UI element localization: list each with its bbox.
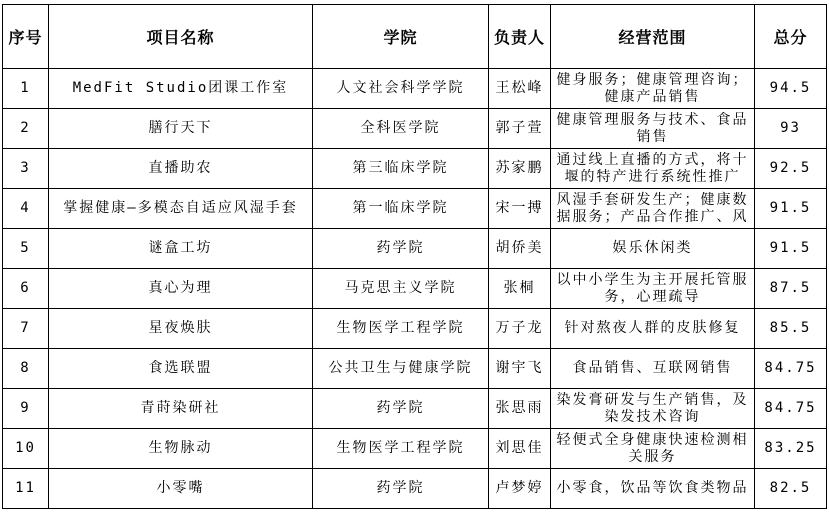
business-scope-cell: 针对熬夜人群的皮肤修复 xyxy=(551,309,755,349)
total-score-cell: 94.5 xyxy=(755,69,827,109)
business-scope-cell: 食品销售、互联网销售 xyxy=(551,349,755,389)
serial-number-cell: 9 xyxy=(3,389,49,429)
college-cell: 药学院 xyxy=(313,469,489,509)
college-cell: 生物医学工程学院 xyxy=(313,309,489,349)
college-cell: 第三临床学院 xyxy=(313,149,489,189)
leader-cell: 张思雨 xyxy=(489,389,551,429)
leader-cell: 张桐 xyxy=(489,269,551,309)
total-score-cell: 92.5 xyxy=(755,149,827,189)
college-cell: 生物医学工程学院 xyxy=(313,429,489,469)
project-name-cell: 星夜焕肤 xyxy=(49,309,313,349)
total-score-cell: 84.75 xyxy=(755,389,827,429)
table-header: 序号 项目名称 学院 负责人 经营范围 总分 xyxy=(3,5,827,69)
serial-number-cell: 6 xyxy=(3,269,49,309)
table-row: 4掌握健康—多模态自适应风湿手套第一临床学院宋一搏风湿手套研发生产；健康数 据服… xyxy=(3,189,827,229)
serial-number-cell: 4 xyxy=(3,189,49,229)
project-name-cell: 谜盒工坊 xyxy=(49,229,313,269)
table-row: 7星夜焕肤生物医学工程学院万子龙针对熬夜人群的皮肤修复85.5 xyxy=(3,309,827,349)
project-name-cell: MedFit Studio团课工作室 xyxy=(49,69,313,109)
serial-number-cell: 2 xyxy=(3,109,49,149)
business-scope-cell: 小零食，饮品等饮食类物品 xyxy=(551,469,755,509)
business-scope-cell: 染发膏研发与生产销售，及 染发技术咨询 xyxy=(551,389,755,429)
total-score-cell: 93 xyxy=(755,109,827,149)
leader-cell: 王松峰 xyxy=(489,69,551,109)
serial-number-cell: 1 xyxy=(3,69,49,109)
college-cell: 马克思主义学院 xyxy=(313,269,489,309)
serial-number-cell: 11 xyxy=(3,469,49,509)
leader-cell: 万子龙 xyxy=(489,309,551,349)
header-serial-number: 序号 xyxy=(3,5,49,69)
table-body: 1MedFit Studio团课工作室人文社会科学学院王松峰健身服务；健康管理咨… xyxy=(3,69,827,509)
business-scope-cell: 轻便式全身健康快速检测相 关服务 xyxy=(551,429,755,469)
business-scope-cell: 娱乐休闲类 xyxy=(551,229,755,269)
project-name-cell: 真心为理 xyxy=(49,269,313,309)
project-name-cell: 食选联盟 xyxy=(49,349,313,389)
table-row: 3直播助农第三临床学院苏家鹏通过线上直播的方式，将十 堰的特产进行系统性推广92… xyxy=(3,149,827,189)
project-name-cell: 膳行天下 xyxy=(49,109,313,149)
header-business-scope: 经营范围 xyxy=(551,5,755,69)
table-row: 11小零嘴药学院卢梦婷小零食，饮品等饮食类物品82.5 xyxy=(3,469,827,509)
college-cell: 药学院 xyxy=(313,229,489,269)
college-cell: 药学院 xyxy=(313,389,489,429)
business-scope-cell: 通过线上直播的方式，将十 堰的特产进行系统性推广 xyxy=(551,149,755,189)
total-score-cell: 91.5 xyxy=(755,189,827,229)
serial-number-cell: 10 xyxy=(3,429,49,469)
project-name-cell: 直播助农 xyxy=(49,149,313,189)
college-cell: 人文社会科学学院 xyxy=(313,69,489,109)
header-total-score: 总分 xyxy=(755,5,827,69)
leader-cell: 卢梦婷 xyxy=(489,469,551,509)
business-scope-cell: 以中小学生为主开展托管服 务，心理疏导 xyxy=(551,269,755,309)
table-row: 5谜盒工坊药学院胡侨美娱乐休闲类91.5 xyxy=(3,229,827,269)
leader-cell: 谢宇飞 xyxy=(489,349,551,389)
header-leader: 负责人 xyxy=(489,5,551,69)
total-score-cell: 82.5 xyxy=(755,469,827,509)
project-name-cell: 掌握健康—多模态自适应风湿手套 xyxy=(49,189,313,229)
college-cell: 第一临床学院 xyxy=(313,189,489,229)
project-name-cell: 小零嘴 xyxy=(49,469,313,509)
total-score-cell: 83.25 xyxy=(755,429,827,469)
project-score-table: 序号 项目名称 学院 负责人 经营范围 总分 1MedFit Studio团课工… xyxy=(2,4,827,509)
college-cell: 公共卫生与健康学院 xyxy=(313,349,489,389)
leader-cell: 刘思佳 xyxy=(489,429,551,469)
business-scope-cell: 风湿手套研发生产；健康数 据服务；产品合作推广、风 xyxy=(551,189,755,229)
spreadsheet-page: 序号 项目名称 学院 负责人 经营范围 总分 1MedFit Studio团课工… xyxy=(0,4,829,518)
table-row: 10生物脉动生物医学工程学院刘思佳轻便式全身健康快速检测相 关服务83.25 xyxy=(3,429,827,469)
business-scope-cell: 健康管理服务与技术、食品 销售 xyxy=(551,109,755,149)
header-project-name: 项目名称 xyxy=(49,5,313,69)
leader-cell: 苏家鹏 xyxy=(489,149,551,189)
header-row: 序号 项目名称 学院 负责人 经营范围 总分 xyxy=(3,5,827,69)
total-score-cell: 91.5 xyxy=(755,229,827,269)
table-row: 6真心为理马克思主义学院张桐以中小学生为主开展托管服 务，心理疏导87.5 xyxy=(3,269,827,309)
table-row: 8食选联盟公共卫生与健康学院谢宇飞食品销售、互联网销售84.75 xyxy=(3,349,827,389)
project-name-cell: 青莳染研社 xyxy=(49,389,313,429)
leader-cell: 胡侨美 xyxy=(489,229,551,269)
table-row: 2膳行天下全科医学院郭子萱健康管理服务与技术、食品 销售93 xyxy=(3,109,827,149)
table-row: 1MedFit Studio团课工作室人文社会科学学院王松峰健身服务；健康管理咨… xyxy=(3,69,827,109)
leader-cell: 郭子萱 xyxy=(489,109,551,149)
total-score-cell: 85.5 xyxy=(755,309,827,349)
serial-number-cell: 3 xyxy=(3,149,49,189)
serial-number-cell: 7 xyxy=(3,309,49,349)
serial-number-cell: 5 xyxy=(3,229,49,269)
header-college: 学院 xyxy=(313,5,489,69)
college-cell: 全科医学院 xyxy=(313,109,489,149)
total-score-cell: 84.75 xyxy=(755,349,827,389)
table-row: 9青莳染研社药学院张思雨染发膏研发与生产销售，及 染发技术咨询84.75 xyxy=(3,389,827,429)
serial-number-cell: 8 xyxy=(3,349,49,389)
total-score-cell: 87.5 xyxy=(755,269,827,309)
business-scope-cell: 健身服务；健康管理咨询； 健康产品销售 xyxy=(551,69,755,109)
project-name-cell: 生物脉动 xyxy=(49,429,313,469)
leader-cell: 宋一搏 xyxy=(489,189,551,229)
